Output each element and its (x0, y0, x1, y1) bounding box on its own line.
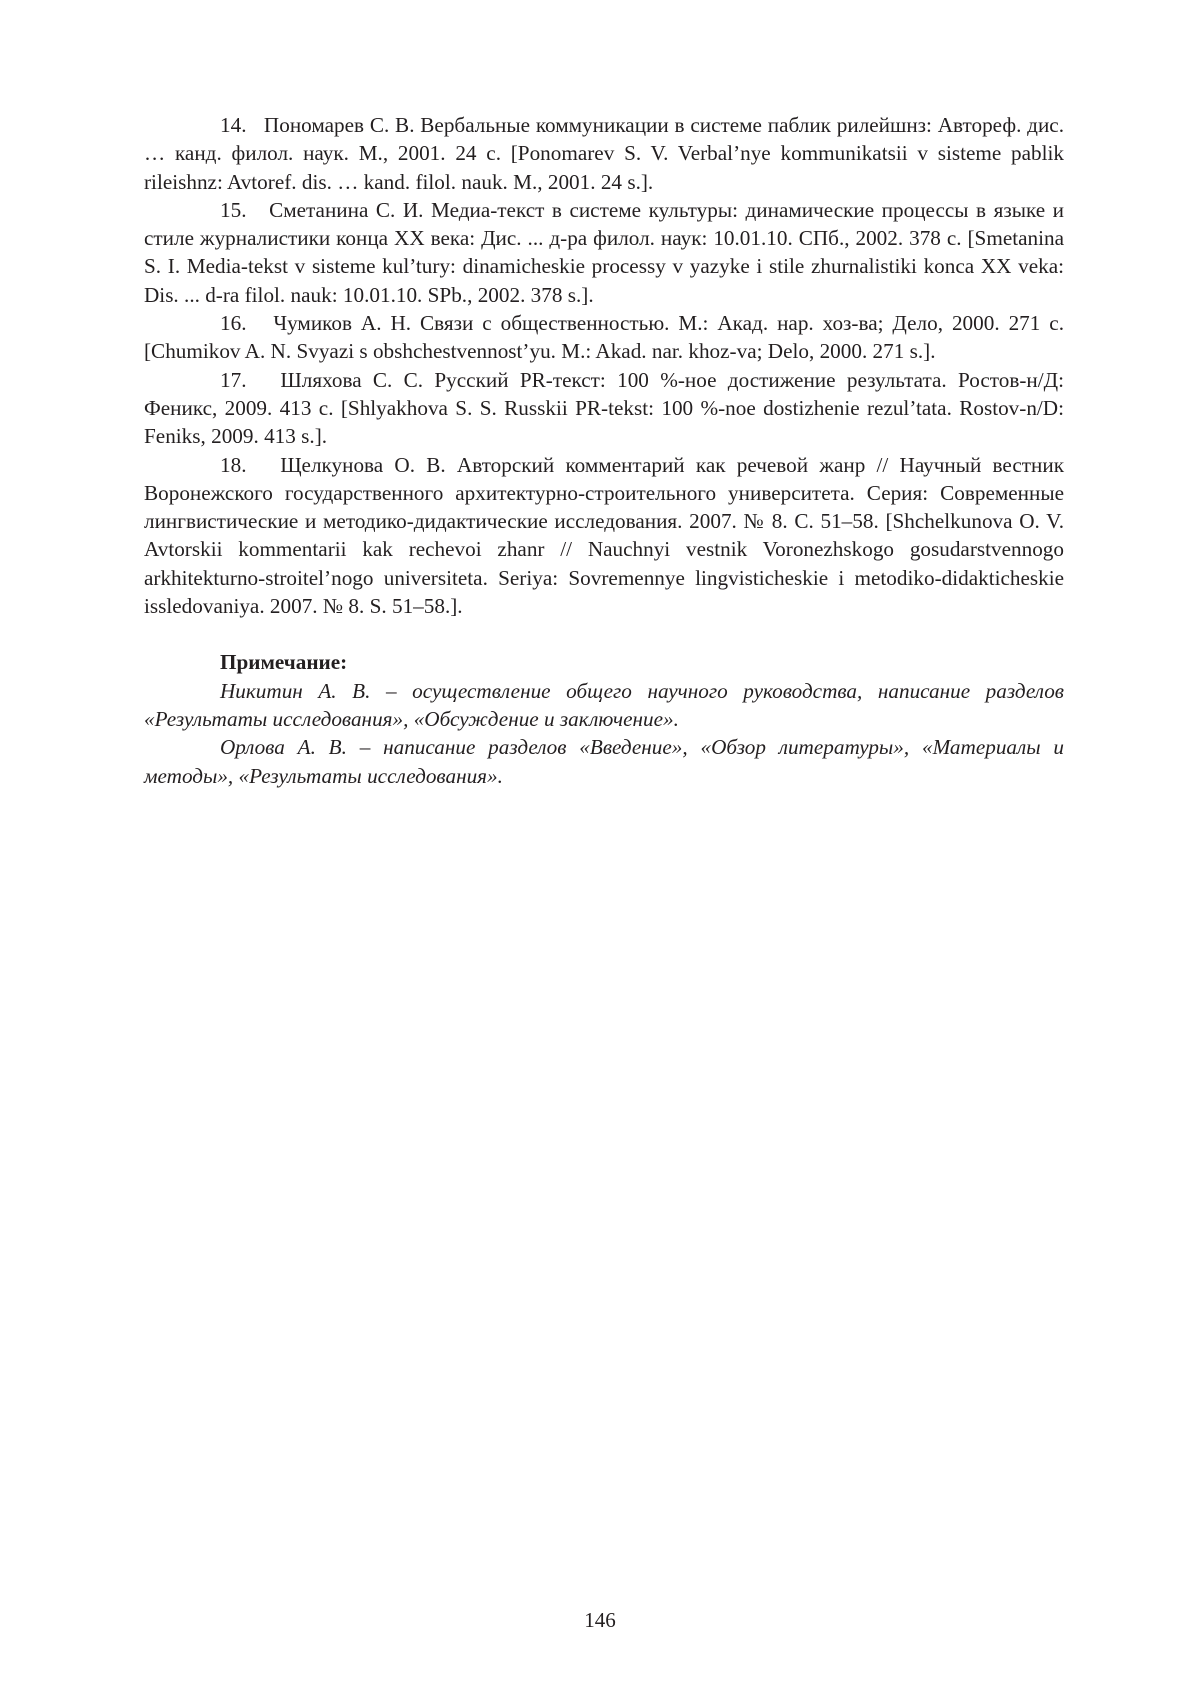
reference-item: 15. Сметанина С. И. Медиа-текст в систем… (144, 196, 1064, 309)
page-content: 14. Пономарев С. В. Вербальные коммуника… (144, 111, 1064, 790)
reference-text: Сметанина С. И. Медиа-текст в системе ку… (144, 198, 1064, 307)
page-number: 146 (0, 1606, 1200, 1634)
reference-text: Шляхова С. С. Русский PR-текст: 100 %-но… (144, 368, 1064, 449)
reference-text: Чумиков А. Н. Связи с общественностью. М… (144, 311, 1064, 363)
reference-number: 17. (220, 368, 246, 392)
reference-number: 15. (220, 198, 246, 222)
reference-item: 16. Чумиков А. Н. Связи с общественность… (144, 309, 1064, 366)
reference-text: Щелкунова О. В. Авторский комментарий ка… (144, 453, 1064, 618)
reference-number: 16. (220, 311, 246, 335)
reference-list: 14. Пономарев С. В. Вербальные коммуника… (144, 111, 1064, 620)
reference-number: 14. (220, 113, 246, 137)
reference-item: 14. Пономарев С. В. Вербальные коммуника… (144, 111, 1064, 196)
reference-text: Пономарев С. В. Вербальные коммуникации … (144, 113, 1064, 194)
note-title: Примечание: (144, 648, 1064, 676)
reference-item: 18. Щелкунова О. В. Авторский комментари… (144, 451, 1064, 621)
reference-item: 17. Шляхова С. С. Русский PR-текст: 100 … (144, 366, 1064, 451)
author-contribution-note: Примечание: Никитин А. В. – осуществлени… (144, 648, 1064, 789)
note-item: Никитин А. В. – осуществление общего нау… (144, 677, 1064, 734)
reference-number: 18. (220, 453, 246, 477)
note-item: Орлова А. В. – написание разделов «Введе… (144, 733, 1064, 790)
